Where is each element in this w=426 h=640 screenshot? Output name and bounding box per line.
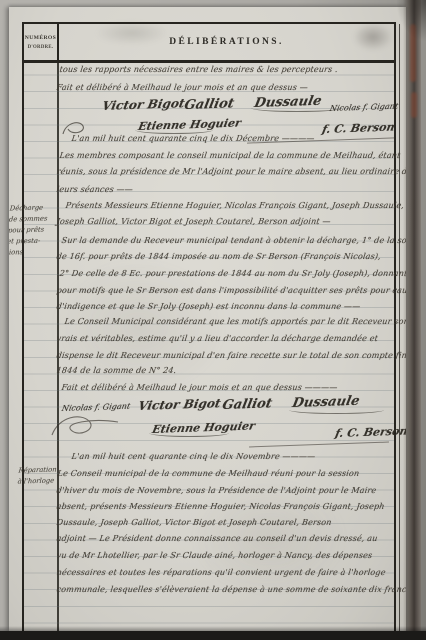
margin-note-line: pour prêts: [9, 224, 47, 236]
manuscript-line: Sur la demande du Receveur municipal ten…: [61, 235, 406, 245]
rust-stain: [411, 92, 417, 118]
manuscript-line: vrais et véritables, estime qu'il y a li…: [56, 333, 379, 343]
order-header-label: NUMÉROS: [25, 35, 56, 41]
paraph-flourish-icon: [49, 411, 121, 439]
manuscript-line: Le Conseil Municipal considérant que les…: [64, 316, 406, 326]
signature: Victor Bigot: [137, 396, 222, 413]
signature-flourish: [251, 104, 343, 112]
signature: f. C. Berson: [334, 425, 406, 440]
margin-note-line: tions: [9, 247, 45, 259]
ruled-lines: [24, 63, 394, 631]
manuscript-line: absent, présents Messieurs Etienne Hogui…: [56, 501, 385, 511]
signature-flourish: [135, 126, 213, 134]
manuscript-line: réunis, sous la présidence de Mr l'Adjoi…: [56, 166, 406, 176]
frame-right-line: [399, 24, 400, 631]
manuscript-line: dispense le dit Receveur municipal d'en …: [56, 350, 406, 360]
table-header: NUMÉROS D'ORDRE. DÉLIBÉRATIONS.: [24, 24, 394, 63]
manuscript-line: vu de Mr Lhotellier, par le Sr Claude ai…: [56, 550, 373, 560]
register-scan: NUMÉROS D'ORDRE. DÉLIBÉRATIONS. Décharge…: [0, 0, 426, 640]
manuscript-line: Fait et délibéré à Meilhaud le jour mois…: [56, 82, 309, 92]
signature: f. C. Berson: [321, 121, 396, 136]
corner-shadow: [396, 0, 426, 42]
manuscript-line: Joseph Galliot, Victor Bigot et Joseph C…: [56, 216, 331, 226]
manuscript-line: de 16f. pour prêts de 1844 imposée au no…: [56, 251, 382, 261]
manuscript-line: Dussaule, Joseph Galliot, Victor Bigot e…: [56, 517, 332, 527]
signature-flourish: [149, 429, 229, 437]
signature: Galliot: [221, 396, 273, 413]
manuscript-line: communale, lesquelles s'élèveraient la d…: [56, 584, 406, 594]
manuscript-line: d'indigence et que le Sr Joly (Joseph) e…: [56, 301, 361, 311]
paraph-flourish-icon: [61, 119, 87, 137]
book-fore-edge: [403, 0, 421, 640]
manuscript-line: pour motifs que le Sr Berson est dans l'…: [56, 285, 406, 295]
table-surface: [0, 631, 426, 640]
manuscript-line: Le Conseil municipal de la commune de Me…: [57, 468, 360, 478]
manuscript-line: Les membres composant le conseil municip…: [59, 150, 401, 160]
manuscript-line: leurs séances ——: [56, 184, 134, 194]
signature: Galliot: [183, 96, 235, 113]
manuscript-line: nécessaires et toutes les réparations qu…: [56, 567, 386, 577]
margin-note-reparation: Réparation à l'horloge: [17, 464, 57, 487]
signature-flourish: [289, 406, 384, 414]
manuscript-line: tous les rapports nécessaires entre les …: [59, 64, 339, 74]
signature: Victor Bigot: [101, 96, 186, 113]
order-column-header: NUMÉROS D'ORDRE.: [24, 24, 59, 60]
margin-note-line: à l'horloge: [17, 475, 56, 487]
register-page: NUMÉROS D'ORDRE. DÉLIBÉRATIONS. Décharge…: [9, 7, 406, 631]
title-cell: DÉLIBÉRATIONS.: [59, 24, 394, 60]
manuscript-line: Présents Messieurs Etienne Hoguier, Nico…: [65, 200, 405, 210]
order-header-sublabel: D'ORDRE.: [28, 45, 54, 50]
margin-note-decharge: Décharge de sommes pour prêts et presta-…: [9, 202, 49, 258]
manuscript-line: Fait et délibéré à Meilhaud le jour mois…: [61, 382, 338, 392]
manuscript-line: adjoint — Le Président donne connaissanc…: [56, 533, 378, 543]
manuscript-line: L'an mil huit cent quarante cinq le dix …: [71, 451, 316, 461]
manuscript-line: 2° De celle de 8 Ec. pour prestations de…: [59, 268, 406, 278]
manuscript-line: 1844 de la somme de N° 24.: [56, 365, 177, 375]
manuscript-line: d'hiver du mois de Novembre, sous la Pré…: [56, 485, 377, 495]
page-title: DÉLIBÉRATIONS.: [169, 37, 283, 47]
